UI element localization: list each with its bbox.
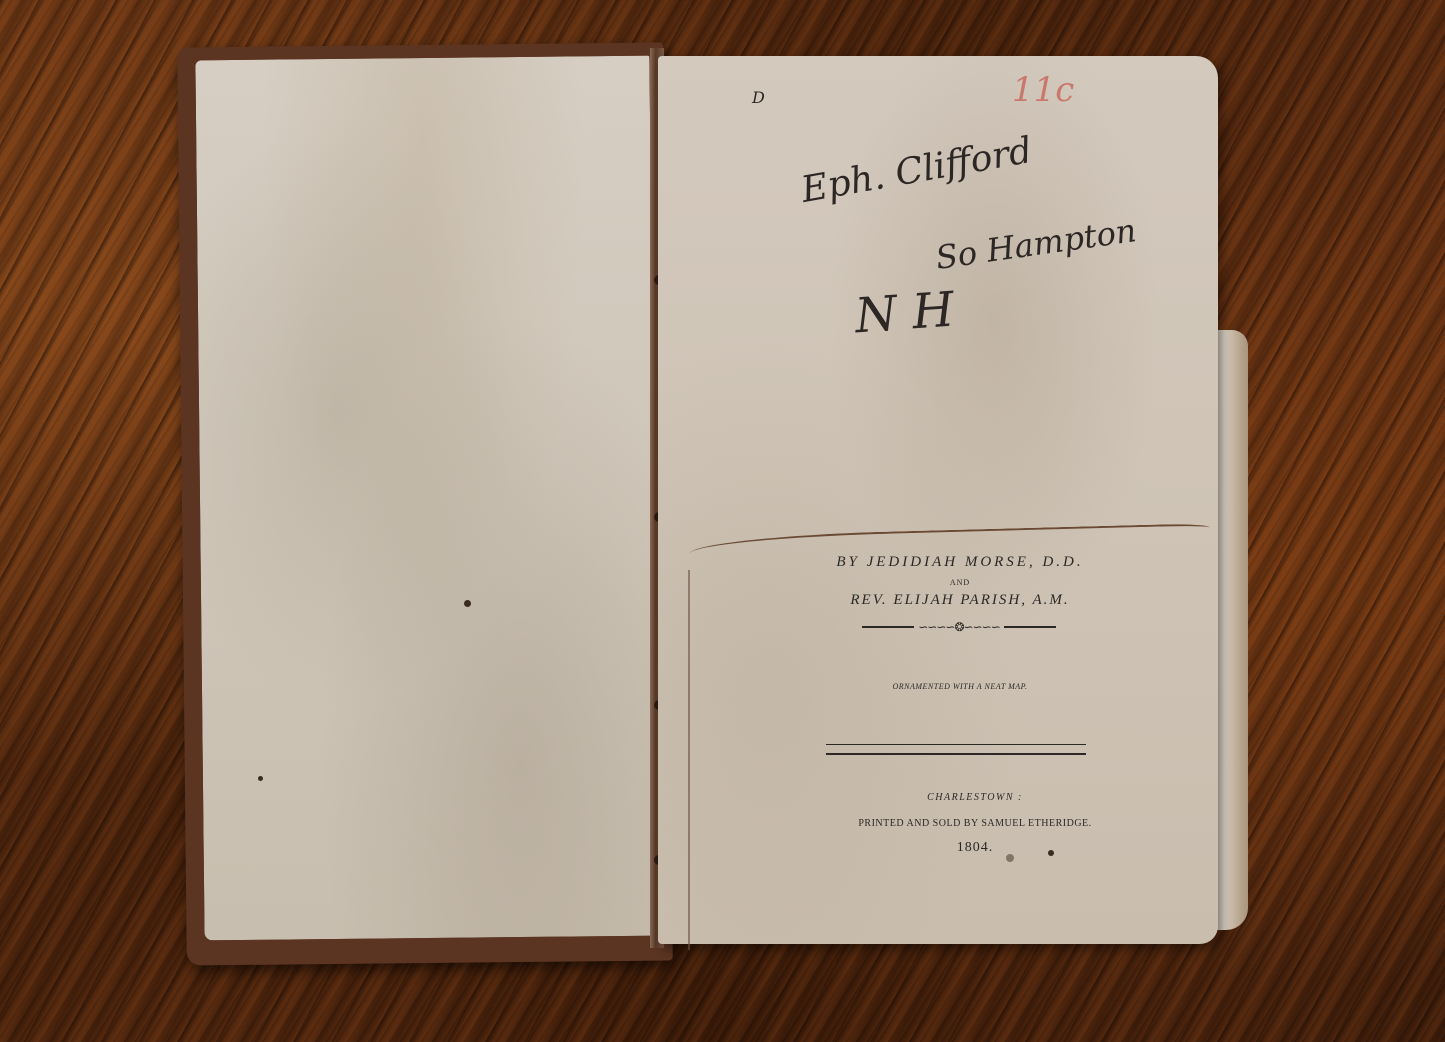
imprint-year: 1804. [790, 840, 1160, 856]
ornament-bar-left [862, 626, 914, 628]
subtitle: ORNAMENTED WITH A NEAT MAP. [820, 682, 1100, 691]
title-page [658, 56, 1218, 944]
ink-spot [464, 600, 471, 607]
handwritten-mark: D [752, 88, 765, 107]
printers-ornament: ∽∽∽∽❂∽∽∽∽ [862, 624, 1056, 630]
double-rule-divider [826, 744, 1086, 755]
author-line-2: REV. ELIJAH PARISH, A.M. [780, 592, 1140, 609]
ornament-flourish: ∽∽∽∽❂∽∽∽∽ [914, 624, 1004, 630]
imprint-printer: PRINTED AND SOLD BY SAMUEL ETHERIDGE. [790, 818, 1160, 829]
page-tear-vertical [688, 570, 690, 950]
owner-signature-state: N H [853, 282, 956, 345]
inside-cover-pastedown [195, 56, 658, 941]
ink-spot [258, 776, 263, 781]
author-line-1: BY JEDIDIAH MORSE, D.D. [780, 554, 1140, 571]
author-conjunction: AND [780, 578, 1140, 587]
red-pencil-mark: 11c [1012, 70, 1074, 110]
imprint-city: CHARLESTOWN : [790, 792, 1160, 803]
ornament-bar-right [1004, 626, 1056, 628]
